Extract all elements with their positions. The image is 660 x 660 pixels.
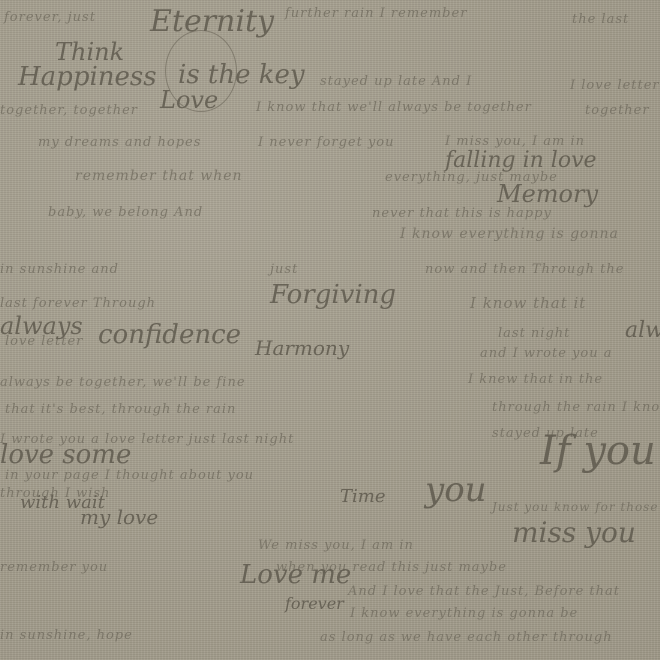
script-line: and I wrote you a bbox=[480, 346, 613, 361]
script-line: remember that when bbox=[75, 168, 243, 184]
word-love-me: Love me bbox=[240, 560, 351, 590]
script-line: I know everything is gonna bbox=[400, 226, 619, 242]
script-line: the last bbox=[572, 12, 629, 27]
script-line: I know that it bbox=[470, 294, 586, 312]
script-line: We miss you, I am in bbox=[258, 538, 414, 553]
script-line: that it's best, through the rain bbox=[5, 402, 236, 417]
script-line: I miss you, I am in bbox=[445, 134, 585, 149]
word-you: you bbox=[425, 470, 487, 510]
word-miss-you: miss you bbox=[512, 516, 636, 549]
script-line: further rain I remember bbox=[285, 6, 467, 21]
script-line: last night bbox=[498, 326, 570, 341]
script-line: last forever Through bbox=[0, 296, 156, 311]
script-line: I know everything is gonna be bbox=[350, 606, 578, 621]
word-love-some: love some bbox=[0, 440, 131, 470]
script-line: in sunshine, hope bbox=[0, 628, 133, 643]
script-line: stayed up late And I bbox=[320, 74, 472, 89]
script-wallpaper: forever, just further rain I remember th… bbox=[0, 0, 660, 660]
word-memory: Memory bbox=[497, 180, 598, 208]
script-line: never that this is happy bbox=[372, 206, 552, 221]
word-happiness: Happiness bbox=[18, 62, 157, 92]
script-line: I knew that in the bbox=[468, 372, 603, 387]
word-if-you: If you bbox=[540, 428, 656, 474]
word-always-right: always bbox=[625, 318, 660, 343]
script-line: I love letter bbox=[570, 78, 660, 93]
word-always: always bbox=[0, 312, 83, 340]
script-line: always be together, we'll be fine bbox=[0, 375, 246, 390]
script-line: through the rain I know bbox=[492, 400, 660, 415]
swirl-ornament bbox=[165, 30, 237, 112]
script-line: in sunshine and bbox=[0, 262, 119, 277]
script-line: together, together bbox=[0, 103, 138, 118]
word-my-love: my love bbox=[80, 505, 158, 529]
script-line: And I love that the Just, Before that bbox=[348, 584, 620, 599]
script-line: together bbox=[585, 103, 650, 118]
script-line: baby, we belong And bbox=[48, 205, 203, 220]
script-line: in your page I thought about you bbox=[5, 468, 254, 483]
word-confidence: confidence bbox=[98, 320, 241, 350]
script-line: I never forget you bbox=[258, 135, 395, 150]
word-harmony: Harmony bbox=[255, 336, 349, 360]
script-line: now and then Through the bbox=[425, 262, 624, 277]
script-line: forever, just bbox=[4, 10, 96, 25]
word-forgiving: Forgiving bbox=[270, 280, 396, 310]
word-falling-in-love: falling in love bbox=[445, 148, 597, 173]
script-line: remember you bbox=[0, 560, 108, 575]
script-line: I know that we'll always be together bbox=[256, 100, 532, 115]
script-line: just bbox=[270, 262, 298, 277]
script-line: as long as we have each other through bbox=[320, 630, 613, 645]
script-line: Just you know for those bbox=[492, 500, 658, 514]
script-line: my dreams and hopes bbox=[38, 135, 201, 150]
word-time: Time bbox=[340, 486, 385, 507]
word-forever: forever bbox=[285, 594, 344, 613]
